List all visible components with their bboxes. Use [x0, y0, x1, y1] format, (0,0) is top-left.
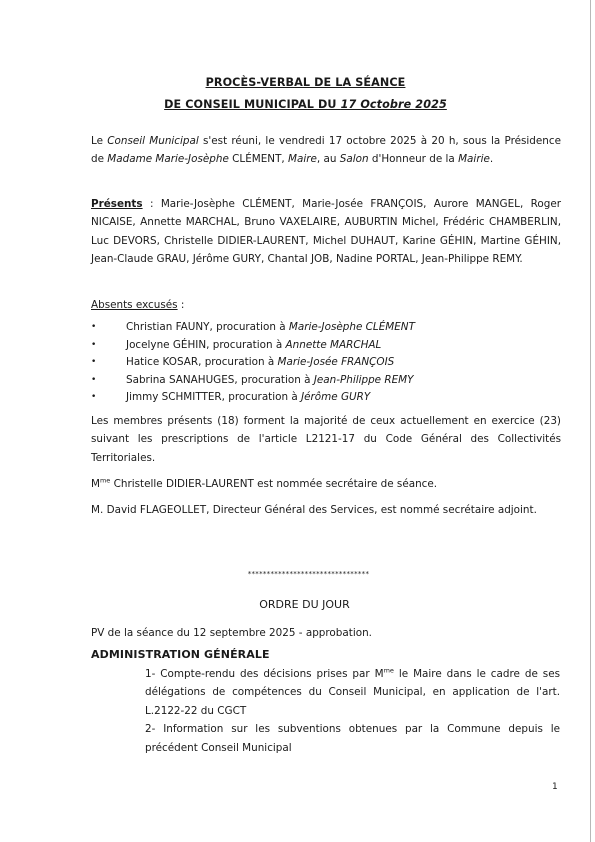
title-prefix: DE CONSEIL MUNICIPAL DU: [164, 98, 340, 111]
absent-proxy-text: , procuration à: [210, 321, 289, 333]
agenda-item-text: 2- Information sur les subventions obten…: [145, 723, 560, 753]
agenda-item-text: 1- Compte-rendu des décisions prises par…: [145, 668, 384, 680]
page-number: 1: [552, 782, 558, 792]
bullet-icon: •: [91, 354, 101, 372]
absent-proxy: Jérôme GURY: [301, 391, 370, 403]
absent-proxy-text: , procuration à: [198, 356, 277, 368]
absents-label: Absents excusés: [91, 299, 178, 311]
intro-text: d'Honneur de la: [369, 153, 459, 165]
page-edge-line: [590, 0, 591, 842]
intro-text: CLÉMENT,: [229, 153, 288, 165]
section-heading-administration: ADMINISTRATION GÉNÉRALE: [91, 648, 270, 661]
intro-mairie: Mairie: [458, 153, 490, 165]
intro-salon: Salon: [340, 153, 369, 165]
absent-item: •Jocelyne GÉHIN, procuration à Annette M…: [91, 337, 561, 355]
intro-madame: Madame Marie-Josèphe: [107, 153, 229, 165]
secretaire-paragraph: Mme Christelle DIDIER-LAURENT est nommée…: [91, 475, 561, 493]
ordre-du-jour-title: ORDRE DU JOUR: [0, 598, 595, 611]
absent-item: •Hatice KOSAR, procuration à Marie-Josée…: [91, 354, 561, 372]
separator-stars: ********************************: [0, 570, 595, 578]
absent-proxy: Annette MARCHAL: [286, 339, 382, 351]
intro-text: .: [490, 153, 493, 165]
bullet-icon: •: [91, 389, 101, 407]
secretaire-prefix: M: [91, 478, 100, 490]
directeur-paragraph: M. David FLAGEOLLET, Directeur Général d…: [91, 501, 561, 519]
pv-approval: PV de la séance du 12 septembre 2025 - a…: [91, 624, 561, 642]
absent-item: •Jimmy SCHMITTER, procuration à Jérôme G…: [91, 389, 561, 407]
intro-maire: Maire: [288, 153, 317, 165]
absent-name: Jocelyne GÉHIN: [126, 339, 206, 351]
agenda-item-2: 2- Information sur les subventions obten…: [145, 720, 560, 757]
absent-name: Sabrina SANAHUGES: [126, 374, 234, 386]
agenda-item-sup: me: [384, 667, 394, 675]
absent-name: Jimmy SCHMITTER: [126, 391, 222, 403]
agenda-item-1: 1- Compte-rendu des décisions prises par…: [145, 665, 560, 720]
absent-proxy: Jean-Philippe REMY: [314, 374, 414, 386]
absent-proxy-text: , procuration à: [206, 339, 285, 351]
absents-heading: Absents excusés :: [91, 296, 561, 314]
bullet-icon: •: [91, 372, 101, 390]
absent-proxy-text: , procuration à: [234, 374, 313, 386]
bullet-icon: •: [91, 337, 101, 355]
document-title-line2: DE CONSEIL MUNICIPAL DU 17 Octobre 2025: [8, 98, 595, 111]
quorum-paragraph: Les membres présents (18) forment la maj…: [91, 412, 561, 467]
secretaire-text: Christelle DIDIER-LAURENT est nommée sec…: [110, 478, 437, 490]
bullet-icon: •: [91, 319, 101, 337]
presents-label: Présents: [91, 198, 143, 210]
secretaire-sup: me: [100, 477, 110, 485]
absent-name: Christian FAUNY: [126, 321, 210, 333]
presents-separator: :: [143, 198, 161, 210]
title-date: 17 Octobre 2025: [341, 98, 447, 111]
absent-name: Hatice KOSAR: [126, 356, 198, 368]
intro-text: Le: [91, 135, 107, 147]
presents-list: Marie-Josèphe CLÉMENT, Marie-Josée FRANÇ…: [91, 198, 561, 265]
absent-proxy-text: , procuration à: [222, 391, 301, 403]
absent-item: •Sabrina SANAHUGES, procuration à Jean-P…: [91, 372, 561, 390]
document-title-line1: PROCÈS-VERBAL DE LA SÉANCE: [8, 76, 595, 89]
presents-paragraph: Présents : Marie-Josèphe CLÉMENT, Marie-…: [91, 195, 561, 269]
absent-proxy: Marie-Josèphe CLÉMENT: [289, 321, 415, 333]
absent-item: •Christian FAUNY, procuration à Marie-Jo…: [91, 319, 561, 337]
agenda-items: 1- Compte-rendu des décisions prises par…: [145, 665, 560, 757]
intro-text: , au: [317, 153, 340, 165]
intro-conseil: Conseil Municipal: [107, 135, 199, 147]
absents-separator: :: [178, 299, 185, 311]
intro-paragraph: Le Conseil Municipal s'est réuni, le ven…: [91, 132, 561, 169]
absent-proxy: Marie-Josée FRANÇOIS: [278, 356, 395, 368]
absents-list: •Christian FAUNY, procuration à Marie-Jo…: [91, 319, 561, 407]
